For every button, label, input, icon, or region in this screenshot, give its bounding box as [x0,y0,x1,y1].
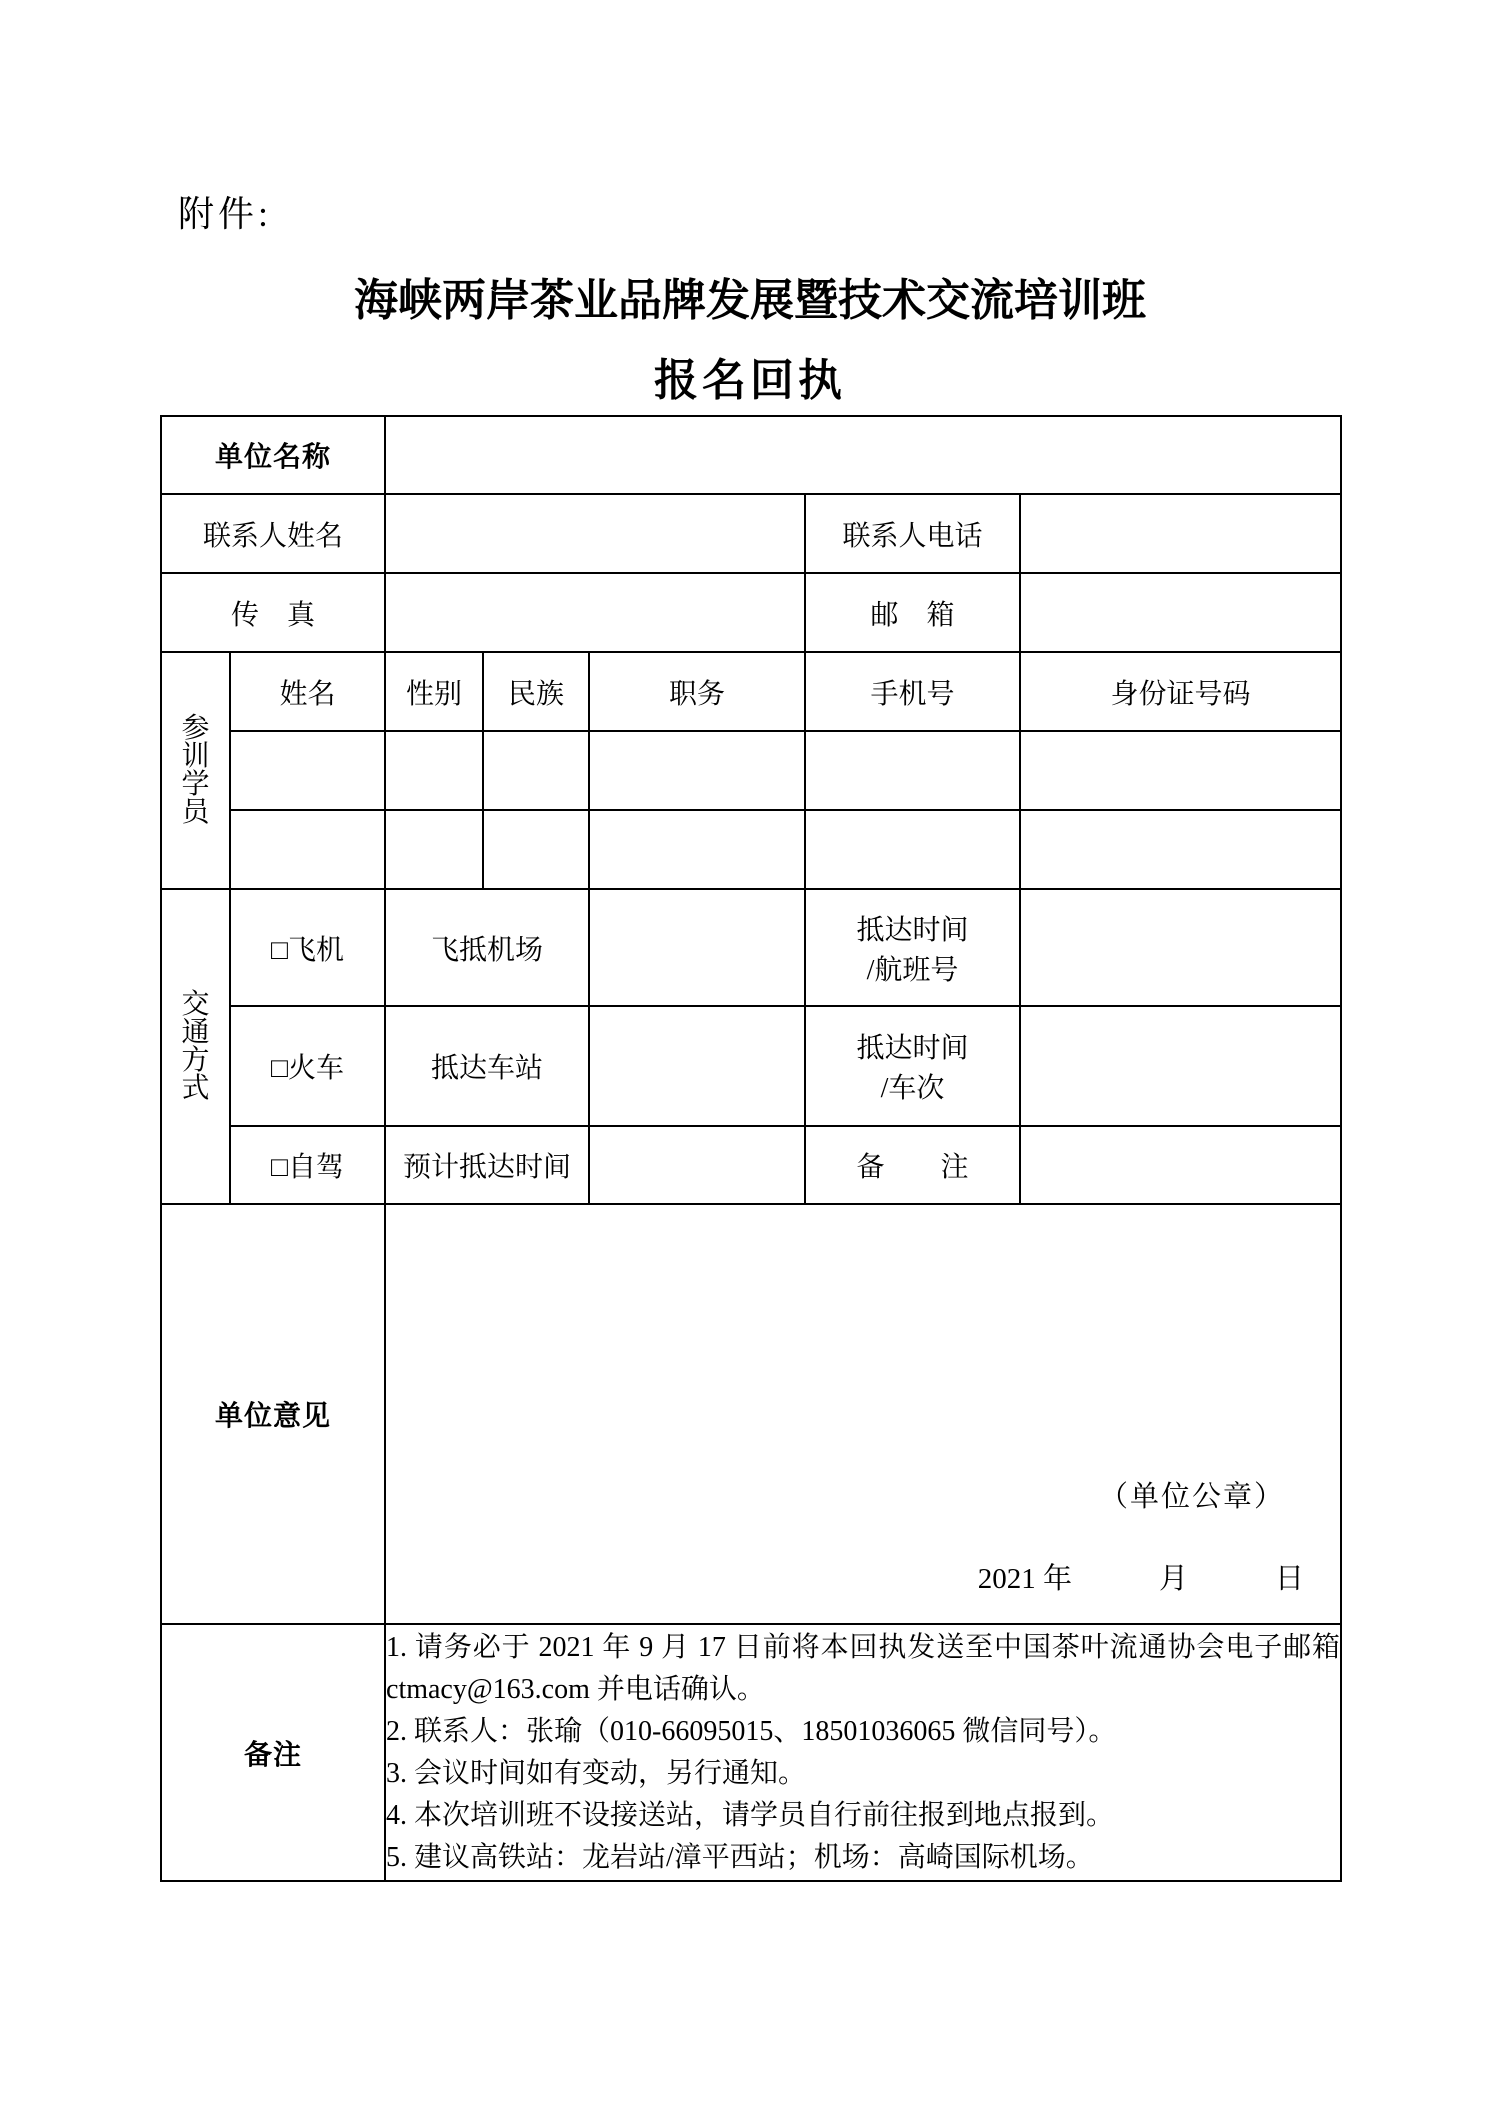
car-checkbox[interactable]: □自驾 [230,1126,385,1204]
trainee-row [161,810,1341,889]
page-title: 海峡两岸茶业品牌发展暨技术交流培训班 [0,264,1500,328]
trainees-label-char: 训 [181,743,209,771]
transport-label-char: 通 [181,1019,209,1047]
trainee-header-id-number: 身份证号码 [1020,652,1341,731]
transport-vertical-label: 交 通 方 式 [161,889,230,1204]
trainee-name-input-cell[interactable] [230,731,385,810]
car-eta-input-cell[interactable] [589,1126,805,1204]
fax-input-cell[interactable] [385,573,805,652]
unit-opinion-content-cell[interactable]: （单位公章） 2021 年 月 日 [385,1204,1341,1624]
trainee-header-ethnicity: 民族 [483,652,589,731]
plane-airport-label: 飞抵机场 [385,889,589,1006]
car-eta-label: 预计抵达时间 [385,1126,589,1204]
trainee-row [161,731,1341,810]
plane-airport-input-cell[interactable] [589,889,805,1006]
car-remark-input-cell[interactable] [1020,1126,1341,1204]
note-item-3: 3. 会议时间如有变动，另行通知。 [386,1753,1340,1795]
unit-seal-hint: （单位公章） [1099,1474,1285,1515]
trainees-label-char: 参 [181,715,209,743]
trainee-header-name: 姓名 [230,652,385,731]
registration-form-table: 单位名称 联系人姓名 联系人电话 传 真 邮 箱 参 训 学 员 [160,415,1342,1882]
trainee-header-mobile: 手机号 [805,652,1020,731]
note-item-1: 1. 请务必于 2021 年 9 月 17 日前将本回执发送至中国茶叶流通协会电… [386,1627,1340,1711]
note-item-2: 2. 联系人：张瑜（010-66095015、18501036065 微信同号）… [386,1711,1340,1753]
train-checkbox[interactable]: □火车 [230,1006,385,1126]
notes-content-cell: 1. 请务必于 2021 年 9 月 17 日前将本回执发送至中国茶叶流通协会电… [385,1624,1341,1881]
transport-label-char: 方 [181,1047,209,1075]
trainee-mobile-input-cell[interactable] [805,731,1020,810]
notes-label: 备注 [161,1624,385,1881]
transport-label-char: 交 [181,991,209,1019]
trainee-gender-input-cell[interactable] [385,810,483,889]
transport-label-char: 式 [181,1075,209,1103]
trainee-ethnicity-input-cell[interactable] [483,810,589,889]
page-subtitle: 报名回执 [0,344,1500,408]
attachment-label: 附件: [178,186,272,237]
transport-car-row: □自驾 预计抵达时间 备 注 [161,1126,1341,1204]
fax-label: 传 真 [161,573,385,652]
train-arrival-label-line2: /车次 [881,1066,945,1106]
opinion-date-line: 2021 年 月 日 [978,1556,1304,1597]
unit-name-row: 单位名称 [161,416,1341,494]
car-remark-label: 备 注 [805,1126,1020,1204]
trainee-name-input-cell[interactable] [230,810,385,889]
train-arrival-label: 抵达时间 /车次 [805,1006,1020,1126]
trainee-header-position: 职务 [589,652,805,731]
contact-phone-input-cell[interactable] [1020,494,1341,573]
trainees-vertical-label: 参 训 学 员 [161,652,230,889]
contact-phone-label: 联系人电话 [805,494,1020,573]
fax-email-row: 传 真 邮 箱 [161,573,1341,652]
contact-name-input-cell[interactable] [385,494,805,573]
plane-arrival-label-line2: /航班号 [867,948,959,988]
train-arrival-label-line1: 抵达时间 [857,1026,969,1066]
unit-opinion-label: 单位意见 [161,1204,385,1624]
trainee-gender-input-cell[interactable] [385,731,483,810]
plane-arrival-label-line1: 抵达时间 [857,908,969,948]
plane-checkbox[interactable]: □飞机 [230,889,385,1006]
email-input-cell[interactable] [1020,573,1341,652]
contact-row: 联系人姓名 联系人电话 [161,494,1341,573]
trainee-header-row: 参 训 学 员 姓名 性别 民族 职务 手机号 身份证号码 [161,652,1341,731]
document-page: 附件: 海峡两岸茶业品牌发展暨技术交流培训班 报名回执 单位名称 联系人姓名 联… [0,0,1500,2121]
note-item-4: 4. 本次培训班不设接送站，请学员自行前往报到地点报到。 [386,1795,1340,1837]
trainee-position-input-cell[interactable] [589,731,805,810]
plane-arrival-input-cell[interactable] [1020,889,1341,1006]
train-station-label: 抵达车站 [385,1006,589,1126]
train-arrival-input-cell[interactable] [1020,1006,1341,1126]
trainee-ethnicity-input-cell[interactable] [483,731,589,810]
trainee-id-input-cell[interactable] [1020,810,1341,889]
trainee-position-input-cell[interactable] [589,810,805,889]
trainees-label-char: 员 [181,799,209,827]
transport-plane-row: 交 通 方 式 □飞机 飞抵机场 抵达时间 /航班号 [161,889,1341,1006]
contact-name-label: 联系人姓名 [161,494,385,573]
plane-arrival-label: 抵达时间 /航班号 [805,889,1020,1006]
note-item-5: 5. 建议高铁站：龙岩站/漳平西站；机场：高崎国际机场。 [386,1837,1340,1879]
unit-name-input-cell[interactable] [385,416,1341,494]
trainees-label-char: 学 [181,771,209,799]
transport-train-row: □火车 抵达车站 抵达时间 /车次 [161,1006,1341,1126]
trainee-header-gender: 性别 [385,652,483,731]
unit-name-label: 单位名称 [161,416,385,494]
email-label: 邮 箱 [805,573,1020,652]
train-station-input-cell[interactable] [589,1006,805,1126]
trainee-id-input-cell[interactable] [1020,731,1341,810]
notes-row: 备注 1. 请务必于 2021 年 9 月 17 日前将本回执发送至中国茶叶流通… [161,1624,1341,1881]
unit-opinion-row: 单位意见 （单位公章） 2021 年 月 日 [161,1204,1341,1624]
trainee-mobile-input-cell[interactable] [805,810,1020,889]
